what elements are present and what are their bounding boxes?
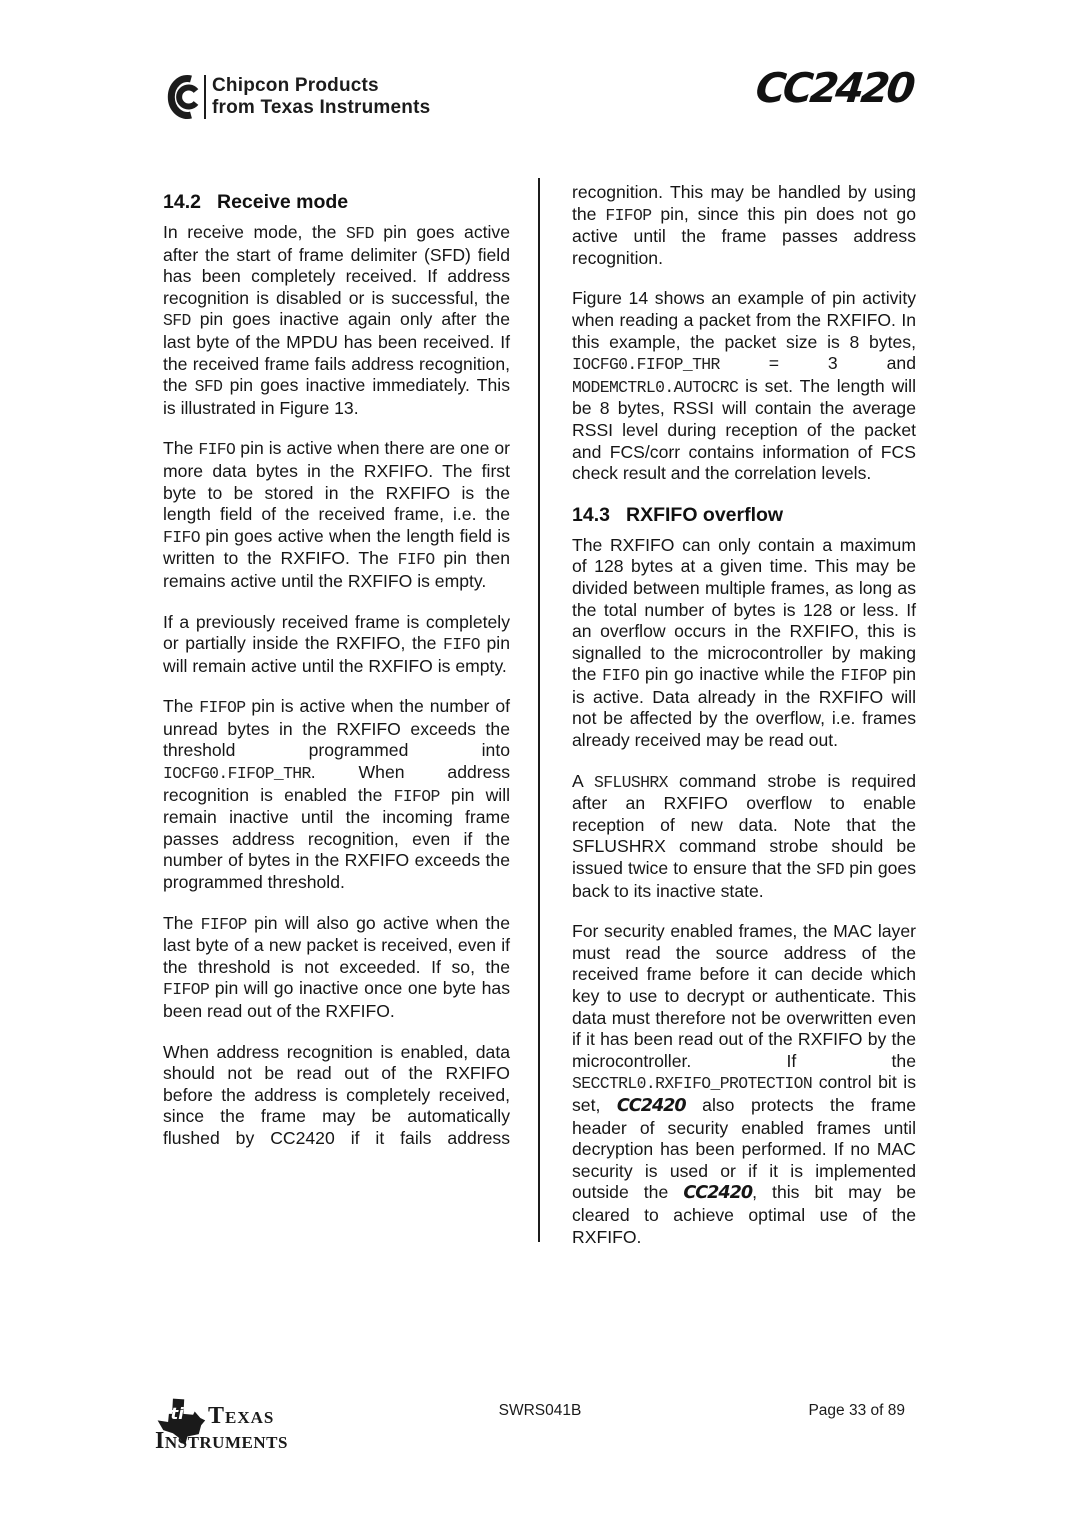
chipcon-brand: Chipcon Products from Texas Instruments <box>159 72 430 122</box>
right-column: recognition. This may be handled by usin… <box>572 182 916 1248</box>
left-column: 14.2Receive modeIn receive mode, the SFD… <box>163 181 510 1150</box>
paragraph: The FIFO pin is active when there are on… <box>163 438 510 592</box>
register-name: FIFO <box>602 666 639 685</box>
section-title: Receive mode <box>217 191 348 213</box>
section-title: RXFIFO overflow <box>626 504 783 526</box>
register-name: SFD <box>346 224 374 243</box>
page-footer: ti Texas Instruments SWRS041B Page 33 of… <box>0 1390 1080 1480</box>
paragraph: The RXFIFO can only contain a maximum of… <box>572 535 916 752</box>
register-name: SFLUSHRX <box>594 773 668 792</box>
register-name: FIFOP <box>841 666 887 685</box>
register-name: FIFOP <box>163 980 209 999</box>
brand-text: Chipcon Products from Texas Instruments <box>212 72 430 118</box>
register-name: IOCFG0.FIFOP_THR <box>572 355 720 374</box>
paragraph: Figure 14 shows an example of pin activi… <box>572 288 916 484</box>
register-name: SFD <box>816 860 844 879</box>
product-name-inline: CC2420 <box>683 1183 752 1203</box>
section-number: 14.3 <box>572 504 626 526</box>
register-name: FIFOP <box>199 698 245 717</box>
paragraph: recognition. This may be handled by usin… <box>572 182 916 269</box>
page-number: Page 33 of 89 <box>808 1402 905 1420</box>
product-name-inline: CC2420 <box>617 1096 686 1116</box>
paragraph: For security enabled frames, the MAC lay… <box>572 921 916 1248</box>
register-name: SFD <box>195 377 223 396</box>
paragraph: In receive mode, the SFD pin goes active… <box>163 222 510 419</box>
section-heading: 14.3RXFIFO overflow <box>572 504 916 526</box>
paragraph: If a previously received frame is comple… <box>163 612 510 678</box>
register-name: FIFO <box>398 550 435 569</box>
register-name: SECCTRL0.RXFIFO_PROTECTION <box>572 1074 812 1093</box>
section-heading: 14.2Receive mode <box>163 191 510 213</box>
register-name: IOCFG0.FIFOP_THR <box>163 764 311 783</box>
paragraph: When address recognition is enabled, dat… <box>163 1042 510 1150</box>
register-name: FIFO <box>443 635 480 654</box>
register-name: FIFOP <box>201 915 247 934</box>
product-title: CC2420 <box>753 64 914 112</box>
datasheet-page: Chipcon Products from Texas Instruments … <box>0 0 1080 1528</box>
column-divider-line <box>538 178 540 1242</box>
paragraph: The FIFOP pin will also go active when t… <box>163 913 510 1023</box>
brand-divider-bar <box>204 75 206 119</box>
register-name: FIFOP <box>394 787 440 806</box>
brand-line2: from Texas Instruments <box>212 97 430 119</box>
register-name: SFD <box>163 311 191 330</box>
register-name: FIFO <box>198 440 235 459</box>
register-name: MODEMCTRL0.AUTOCRC <box>572 378 738 397</box>
brand-line1: Chipcon Products <box>212 75 430 97</box>
ti-wordmark-line2: Instruments <box>155 1428 288 1455</box>
paragraph: A SFLUSHRX command strobe is required af… <box>572 771 916 903</box>
document-id: SWRS041B <box>0 1402 1080 1420</box>
section-number: 14.2 <box>163 191 217 213</box>
paragraph: The FIFOP pin is active when the number … <box>163 696 510 893</box>
chipcon-logo-icon <box>159 72 203 122</box>
register-name: FIFO <box>163 528 200 547</box>
register-name: FIFOP <box>605 206 651 225</box>
